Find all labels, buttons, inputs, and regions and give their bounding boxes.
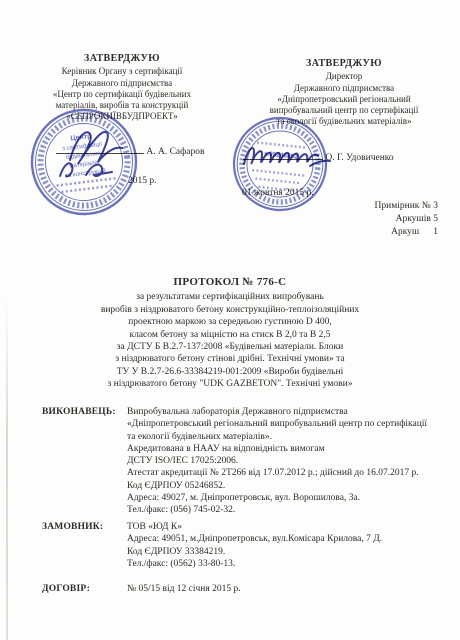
executor-line: Адреса: 49027, м. Дніпропетровськ, вул. … (127, 492, 457, 504)
protocol-title-block: ПРОТОКОЛ № 776-С за результатами сертифі… (0, 276, 460, 391)
title-line: за результатами сертифікаційних випробув… (0, 291, 460, 303)
approval-right-line: Директор (234, 71, 454, 82)
title-line: з ніздрюватого бетону "UDK GAZBETON". Те… (0, 378, 460, 390)
executor-line: Тел./факс: (056) 745-02-32. (127, 504, 457, 516)
title-line: ТУ У В.2.7-26.6-33384219-001:2009 «Вироб… (0, 366, 460, 378)
title-line: з ніздрюватого бетону стінові дрібні. Те… (0, 353, 460, 365)
sheet-label: Аркуш (391, 227, 419, 237)
title-line: класом бетону за міцністю на стиск В 2,0… (0, 329, 460, 341)
copy-info: Примірник № 3 Аркушів 5 Аркуш1 (375, 200, 438, 239)
customer-line: Код ЄДРПОУ 33384219. (127, 546, 457, 558)
executor-line: Випробувальна лабораторія Державного під… (127, 406, 457, 418)
signer-name-right: О. Г. Удовиченко (325, 153, 393, 163)
executor-line: Акредитована в НААУ на відповідність вим… (127, 443, 457, 455)
title-line: за ДСТУ Б В.2.7-137:2008 «Будівельні мат… (0, 341, 460, 353)
handwritten-signature-left (52, 120, 157, 180)
protocol-title: ПРОТОКОЛ № 776-С (0, 276, 460, 288)
customer-line: Адреса: 49051, м.Дніпропетровськ, вул.Ко… (127, 533, 457, 545)
sheet-number: Аркуш1 (375, 226, 438, 239)
title-line: проектною маркою за середньою густиною D… (0, 316, 460, 328)
copy-number: Примірник № 3 (375, 200, 438, 213)
customer-content: ТОВ «ЮД К» Адреса: 49051, м.Дніпропетров… (127, 521, 457, 570)
executor-line: ДСТУ ISO/IEC 17025:2006. (127, 455, 457, 467)
executor-content: Випробувальна лабораторія Державного під… (127, 406, 457, 517)
approval-left-heading: ЗАТВЕРДЖУЮ (12, 53, 232, 64)
customer-label: ЗАМОВНИК: (42, 521, 103, 533)
title-line: виробів з ніздрюватого бетону конструкці… (0, 304, 460, 316)
approval-left-line: Керівник Органу з сертифікації (12, 66, 232, 77)
executor-line: «Дніпропетровський регіональний випробув… (127, 418, 457, 430)
sheet-no: 1 (433, 227, 438, 237)
customer-line: Тел./факс: (0562) 33-80-13. (127, 558, 457, 570)
executor-line: Атестат акредитації № 2Т266 від 17.07.20… (127, 467, 457, 479)
approval-left-line: «Центр по сертифікації будівельних (12, 89, 232, 100)
approval-right-heading: ЗАТВЕРДЖУЮ (234, 58, 454, 69)
contract-content: № 05/15 від 12 січня 2015 р. (127, 583, 457, 595)
approval-right-line: «Дніпропетровський регіональний (234, 94, 454, 105)
handwritten-signature-right (240, 140, 335, 172)
executor-label: ВИКОНАВЕЦЬ: (42, 406, 116, 418)
executor-line: та екології будівельних матеріалів». (127, 431, 457, 443)
approval-left-line: Державного підприємства (12, 78, 232, 89)
document-page: ЗАТВЕРДЖУЮ Керівник Органу з сертифікаці… (0, 0, 460, 640)
contract-line: № 05/15 від 12 січня 2015 р. (127, 583, 457, 595)
approval-right-line: Державного підприємства (234, 83, 454, 94)
sheets-total: Аркушів 5 (375, 213, 438, 226)
executor-line: Код ЄДРПОУ 05246852. (127, 480, 457, 492)
contract-label: ДОГОВІР: (42, 583, 90, 595)
customer-line: ТОВ «ЮД К» (127, 521, 457, 533)
